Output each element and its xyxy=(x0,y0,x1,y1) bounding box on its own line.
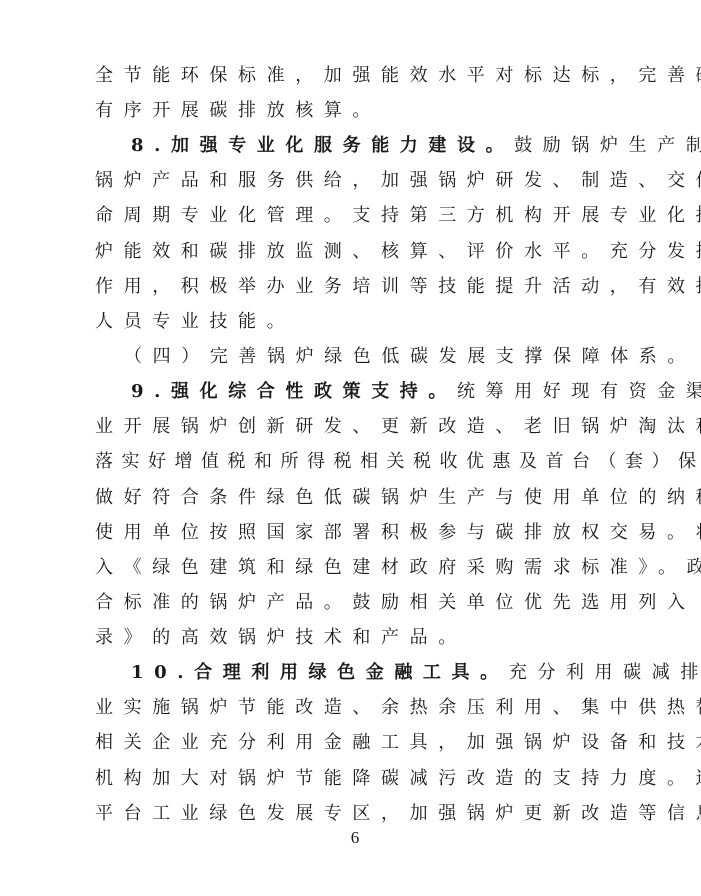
text-line: 业开展锅炉创新研发、更新改造、老旧锅炉淘汰和生产工艺改进。 xyxy=(95,409,625,444)
line-text: 平台工业绿色发展专区，加强锅炉更新改造等信息共享，引导金融 xyxy=(95,803,701,824)
text-line: 业实施锅炉节能改造、余热余压利用、集中供热替代等项目。鼓励 xyxy=(95,690,625,725)
text-line: 作用，积极举办业务培训等技能提升活动，有效提高锅炉行业从业 xyxy=(95,269,625,304)
text-line: 机构加大对锅炉节能降碳减污改造的支持力度。通过国家产融合作 xyxy=(95,761,625,796)
line-text: 充分利用碳减排支持工具，支持企 xyxy=(509,662,701,683)
line-text: 业实施锅炉节能改造、余热余压利用、集中供热替代等项目。鼓励 xyxy=(95,697,701,718)
text-line: 使用单位按照国家部署积极参与碳排放权交易。将高效锅炉产品纳 xyxy=(95,515,625,550)
line-text: 炉能效和碳排放监测、核算、评价水平。充分发挥行业协会和智库 xyxy=(95,241,701,262)
section-10-heading-line: 10.合理利用绿色金融工具。充分利用碳减排支持工具，支持企 xyxy=(131,655,661,690)
line-text: 合标准的锅炉产品。鼓励相关单位优先选用列入《绿色技术推广目 xyxy=(95,592,701,613)
text-line: 命周期专业化管理。支持第三方机构开展专业化技术服务，提升锅 xyxy=(95,198,625,233)
section-9-heading-line: 9.强化综合性政策支持。统筹用好现有资金渠道，支持相关企 xyxy=(131,374,661,409)
text-line: 有序开展碳排放核算。 xyxy=(95,93,625,128)
text-line: 入《绿色建筑和绿色建材政府采购需求标准》。政府工程应采购符 xyxy=(95,550,625,585)
text-line: 全节能环保标准，加强能效水平对标达标，完善碳排放管理体系， xyxy=(95,58,625,93)
line-text: 做好符合条件绿色低碳锅炉生产与使用单位的纳税服务。支持锅炉 xyxy=(95,487,701,508)
line-text: 相关企业充分利用金融工具，加强锅炉设备和技术升级。鼓励金融 xyxy=(95,732,701,753)
line-text: 使用单位按照国家部署积极参与碳排放权交易。将高效锅炉产品纳 xyxy=(95,522,701,543)
document-page: 全节能环保标准，加强能效水平对标达标，完善碳排放管理体系， 有序开展碳排放核算。… xyxy=(0,0,701,896)
line-text: 作用，积极举办业务培训等技能提升活动，有效提高锅炉行业从业 xyxy=(95,276,701,297)
line-text: 业开展锅炉创新研发、更新改造、老旧锅炉淘汰和生产工艺改进。 xyxy=(95,416,701,437)
text-line: 合标准的锅炉产品。鼓励相关单位优先选用列入《绿色技术推广目 xyxy=(95,585,625,620)
line-text: 入《绿色建筑和绿色建材政府采购需求标准》。政府工程应采购符 xyxy=(95,557,701,578)
line-text: 有序开展碳排放核算。 xyxy=(95,100,381,121)
heading-text: （四）完善锅炉绿色低碳发展支撑保障体系。 xyxy=(124,346,696,367)
line-text: 人员专业技能。 xyxy=(95,311,295,332)
section-8-title: 8.加强专业化服务能力建设。 xyxy=(131,135,514,156)
section-four-heading: （四）完善锅炉绿色低碳发展支撑保障体系。 xyxy=(124,339,654,374)
line-text: 锅炉产品和服务供给，加强锅炉研发、制造、交付、运行维护全生 xyxy=(95,170,701,191)
page-number: 6 xyxy=(345,828,365,848)
section-9-title: 9.强化综合性政策支持。 xyxy=(131,381,457,402)
line-text: 鼓励锅炉生产制造企业扩大优质 xyxy=(514,135,701,156)
section-10-title: 10.合理利用绿色金融工具。 xyxy=(131,662,509,683)
line-text: 命周期专业化管理。支持第三方机构开展专业化技术服务，提升锅 xyxy=(95,205,701,226)
text-line: 相关企业充分利用金融工具，加强锅炉设备和技术升级。鼓励金融 xyxy=(95,725,625,760)
line-text: 全节能环保标准，加强能效水平对标达标，完善碳排放管理体系， xyxy=(95,65,701,86)
line-text: 落实好增值税和所得税相关税收优惠及首台（套）保险补偿等政策， xyxy=(95,451,701,472)
text-line: 录》的高效锅炉技术和产品。 xyxy=(95,620,625,655)
text-line: 锅炉产品和服务供给，加强锅炉研发、制造、交付、运行维护全生 xyxy=(95,163,625,198)
text-line: 人员专业技能。 xyxy=(95,304,625,339)
line-text: 统筹用好现有资金渠道，支持相关企 xyxy=(457,381,701,402)
line-text: 机构加大对锅炉节能降碳减污改造的支持力度。通过国家产融合作 xyxy=(95,768,701,789)
section-8-heading-line: 8.加强专业化服务能力建设。鼓励锅炉生产制造企业扩大优质 xyxy=(131,128,661,163)
line-text: 录》的高效锅炉技术和产品。 xyxy=(95,627,467,648)
text-line: 落实好增值税和所得税相关税收优惠及首台（套）保险补偿等政策， xyxy=(95,444,625,479)
text-line: 做好符合条件绿色低碳锅炉生产与使用单位的纳税服务。支持锅炉 xyxy=(95,480,625,515)
text-line: 炉能效和碳排放监测、核算、评价水平。充分发挥行业协会和智库 xyxy=(95,234,625,269)
text-line: 平台工业绿色发展专区，加强锅炉更新改造等信息共享，引导金融 xyxy=(95,796,625,831)
